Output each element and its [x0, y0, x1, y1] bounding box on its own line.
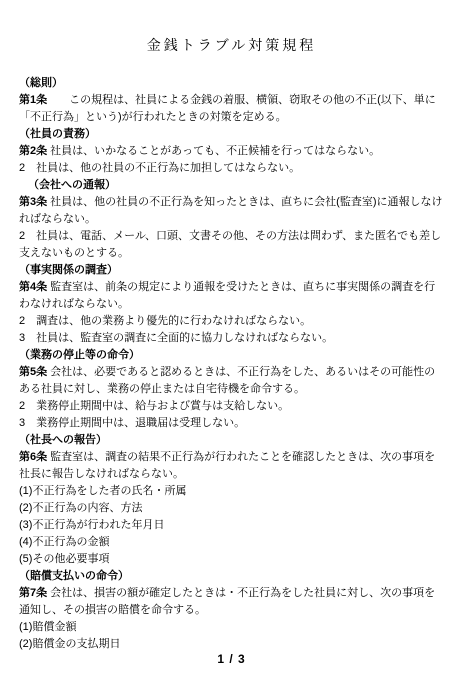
article-paragraph: (5)その他必要事項 [19, 551, 445, 568]
article-paragraph: 2 社員は、電話、メール、口頭、文書その他、その方法は問わず、また匿名でも差し支… [19, 228, 445, 262]
section-heading: （事実関係の調査） [19, 262, 445, 279]
article-text: (4)不正行為の金額 [19, 536, 109, 548]
section-heading: （社長への報告） [19, 432, 445, 449]
article-paragraph: 3 業務停止期間中は、退職届は受理しない。 [19, 415, 445, 432]
article-text: 監査室は、調査の結果不正行為が行われたことを確認したときは、次の事項を社長に報告… [19, 451, 435, 480]
article-paragraph: (4)不正行為の金額 [19, 534, 445, 551]
section-heading: （会社への通報） [19, 177, 445, 194]
article-text: 会社は、損害の額が確定したときは・不正行為をした社員に対し、次の事項を通知し、そ… [19, 587, 435, 616]
article-text: 3 業務停止期間中は、退職届は受理しない。 [19, 417, 245, 429]
article-paragraph: (3)不正行為が行われた年月日 [19, 517, 445, 534]
article-text: 2 調査は、他の業務より優先的に行わなければならない。 [19, 315, 311, 327]
article-text: 社員は、いかなることがあっても、不正候補を行ってはならない。 [47, 145, 380, 157]
article-text: (3)不正行為が行われた年月日 [19, 519, 164, 531]
article-number: 第4条 [19, 281, 47, 293]
page-number: 1 / 3 [0, 651, 463, 668]
article-paragraph: 第1条 この規程は、社員による金銭の着服、横領、窃取その他の不正(以下、単に「不… [19, 92, 445, 126]
document-body: （総則）第1条 この規程は、社員による金銭の着服、横領、窃取その他の不正(以下、… [0, 75, 463, 653]
article-paragraph: 2 調査は、他の業務より優先的に行わなければならない。 [19, 313, 445, 330]
document-title: 金銭トラブル対策規程 [0, 0, 463, 56]
article-number: 第3条 [19, 196, 47, 208]
article-text: この規程は、社員による金銭の着服、横領、窃取その他の不正(以下、単に「不正行為」… [19, 94, 436, 123]
section-heading: （業務の停止等の命令） [19, 347, 445, 364]
article-number: 第5条 [19, 366, 47, 378]
article-text: (1)不正行為をした者の氏名・所属 [19, 485, 186, 497]
article-paragraph: 第5条 会社は、必要であると認めるときは、不正行為をした、あるいはその可能性のあ… [19, 364, 445, 398]
article-paragraph: 第3条 社員は、他の社員の不正行為を知ったときは、直ちに会社(監査室)に通報しな… [19, 194, 445, 228]
article-text: (2)不正行為の内容、方法 [19, 502, 142, 514]
article-number: 第2条 [19, 145, 47, 157]
section-heading: （社員の責務） [19, 126, 445, 143]
article-text: 監査室は、前条の規定により通報を受けたときは、直ちに事実関係の調査を行わなければ… [19, 281, 435, 310]
article-paragraph: 第2条 社員は、いかなることがあっても、不正候補を行ってはならない。 [19, 143, 445, 160]
document-page: 金銭トラブル対策規程 （総則）第1条 この規程は、社員による金銭の着服、横領、窃… [0, 0, 463, 688]
article-number: 第6条 [19, 451, 47, 463]
article-text: 会社は、必要であると認めるときは、不正行為をした、あるいはその可能性のある社員に… [19, 366, 435, 395]
article-text: (1)賠償金額 [19, 621, 76, 633]
article-text: 3 社員は、監査室の調査に全面的に協力しなければならない。 [19, 332, 333, 344]
article-paragraph: 第7条 会社は、損害の額が確定したときは・不正行為をした社員に対し、次の事項を通… [19, 585, 445, 619]
article-paragraph: 2 業務停止期間中は、給与および賞与は支給しない。 [19, 398, 445, 415]
article-text: 2 社員は、他の社員の不正行為に加担してはならない。 [19, 162, 300, 174]
article-number: 第1条 [19, 94, 47, 106]
article-text: (2)賠償金の支払期日 [19, 638, 120, 650]
article-paragraph: (1)賠償金額 [19, 619, 445, 636]
article-text: 2 業務停止期間中は、給与および賞与は支給しない。 [19, 400, 289, 412]
article-number: 第7条 [19, 587, 47, 599]
article-text: 2 社員は、電話、メール、口頭、文書その他、その方法は問わず、また匿名でも差し支… [19, 230, 441, 259]
article-paragraph: (2)不正行為の内容、方法 [19, 500, 445, 517]
section-heading: （賠償支払いの命令） [19, 568, 445, 585]
article-paragraph: 第4条 監査室は、前条の規定により通報を受けたときは、直ちに事実関係の調査を行わ… [19, 279, 445, 313]
article-paragraph: 2 社員は、他の社員の不正行為に加担してはならない。 [19, 160, 445, 177]
article-paragraph: 3 社員は、監査室の調査に全面的に協力しなければならない。 [19, 330, 445, 347]
section-heading: （総則） [19, 75, 445, 92]
article-text: (5)その他必要事項 [19, 553, 109, 565]
article-paragraph: (1)不正行為をした者の氏名・所属 [19, 483, 445, 500]
article-text: 社員は、他の社員の不正行為を知ったときは、直ちに会社(監査室)に通報しなければな… [19, 196, 443, 225]
article-paragraph: 第6条 監査室は、調査の結果不正行為が行われたことを確認したときは、次の事項を社… [19, 449, 445, 483]
